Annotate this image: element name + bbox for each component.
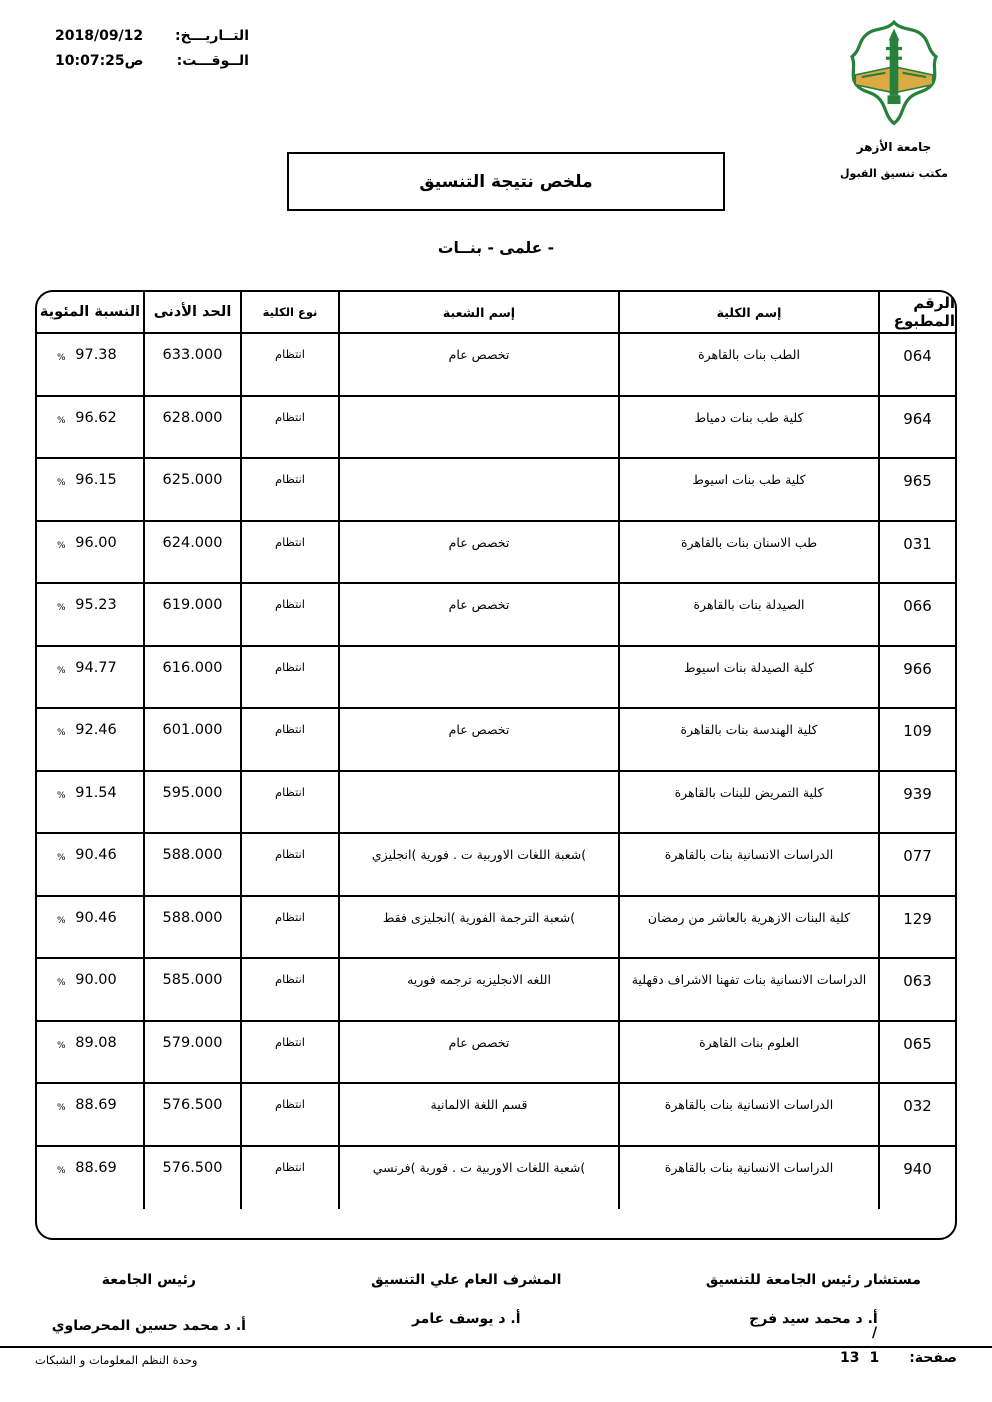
date-value: 2018/09/12 <box>55 28 143 44</box>
percent-sign: % <box>57 416 66 426</box>
cell-branch-name: تخصص عام <box>338 334 618 395</box>
college-type: انتظام <box>275 597 305 611</box>
percent-sign: % <box>57 728 66 738</box>
al-azhar-emblem-icon <box>838 20 950 132</box>
branch-name: قسم اللغة الالمانية <box>431 1097 528 1112</box>
printed-number: 031 <box>903 535 932 553</box>
cell-printed-number: 940 <box>878 1147 955 1210</box>
printed-number: 965 <box>903 472 932 490</box>
signature-supervisor-title: المشرف العام علي التنسيق <box>298 1272 635 1288</box>
cell-percentage: % 90.46 <box>37 897 143 958</box>
printed-number: 063 <box>903 972 932 990</box>
minimum-score: 576.500 <box>163 1097 223 1113</box>
cell-minimum-score: 624.000 <box>143 522 240 583</box>
printed-number: 966 <box>903 660 932 678</box>
cell-branch-name <box>338 459 618 520</box>
header-minimum: الحد الأدنى <box>143 292 240 332</box>
branch-name: )شعبة اللغات الاوربية ت . فورية )انجليزي <box>372 847 586 862</box>
cell-college-name: الدراسات الانسانية بنات بالقاهرة <box>618 1147 878 1210</box>
cell-printed-number: 032 <box>878 1084 955 1145</box>
table-row: 109 كلية الهندسة بنات بالقاهرة تخصص عام … <box>37 709 955 772</box>
cell-college-type: انتظام <box>240 459 338 520</box>
percent-sign: % <box>57 603 66 613</box>
table-row: 965 كلية طب بنات اسيوط انتظام 625.000 % … <box>37 459 955 522</box>
branch-name: تخصص عام <box>449 597 510 612</box>
branch-name: تخصص عام <box>449 1035 510 1050</box>
college-name: كلية طب بنات دمياط <box>695 410 804 425</box>
cell-printed-number: 964 <box>878 397 955 458</box>
college-name: كلية البنات الازهرية بالعاشر من رمضان <box>648 910 850 925</box>
printed-number: 964 <box>903 410 932 428</box>
cell-percentage: % 90.46 <box>37 834 143 895</box>
college-type: انتظام <box>275 910 305 924</box>
percent-sign: % <box>57 791 66 801</box>
college-name: الدراسات الانسانية بنات بالقاهرة <box>665 847 833 862</box>
cell-printed-number: 031 <box>878 522 955 583</box>
cell-printed-number: 064 <box>878 334 955 395</box>
minimum-score: 585.000 <box>163 972 223 988</box>
cell-percentage: % 90.00 <box>37 959 143 1020</box>
signatures-row: مستشار رئيس الجامعة للتنسيق أ. د محمد سي… <box>0 1272 992 1334</box>
page-label: صفحة: <box>909 1350 957 1366</box>
college-name: الدراسات الانسانية بنات بالقاهرة <box>665 1160 833 1175</box>
cell-minimum-score: 576.500 <box>143 1084 240 1145</box>
cell-college-type: انتظام <box>240 522 338 583</box>
results-table: الرقم المطبوع إسم الكلية إسم الشعبة نوع … <box>35 290 957 1240</box>
cell-branch-name: تخصص عام <box>338 584 618 645</box>
cell-branch-name <box>338 397 618 458</box>
college-name: العلوم بنات القاهرة <box>699 1035 799 1050</box>
percentage-value: 96.62 <box>75 410 117 426</box>
cell-college-name: الدراسات الانسانية بنات تفهنا الاشراف دق… <box>618 959 878 1020</box>
cell-percentage: % 92.46 <box>37 709 143 770</box>
signature-president: رئيس الجامعة أ. د محمد حسين المحرصاوي <box>0 1272 298 1334</box>
college-name: الدراسات الانسانية بنات تفهنا الاشراف دق… <box>632 972 867 987</box>
time-value: ص10:07:25 <box>55 53 144 69</box>
percent-sign: % <box>57 1103 66 1113</box>
branch-name: تخصص عام <box>449 347 510 362</box>
cell-branch-name: قسم اللغة الالمانية <box>338 1084 618 1145</box>
printed-number: 065 <box>903 1035 932 1053</box>
cell-percentage: % 94.77 <box>37 647 143 708</box>
page-current: 1 <box>869 1350 879 1366</box>
signature-consultant-name: أ. د محمد سيد فرج <box>635 1311 992 1327</box>
cell-college-name: الطب بنات بالقاهرة <box>618 334 878 395</box>
cell-college-name: كلية طب بنات دمياط <box>618 397 878 458</box>
college-name: الدراسات الانسانية بنات بالقاهرة <box>665 1097 833 1112</box>
printed-number: 940 <box>903 1160 932 1178</box>
percent-sign: % <box>57 916 66 926</box>
cell-minimum-score: 588.000 <box>143 834 240 895</box>
percentage-value: 90.46 <box>75 910 117 926</box>
cell-minimum-score: 628.000 <box>143 397 240 458</box>
minimum-score: 628.000 <box>163 410 223 426</box>
table-row: 063 الدراسات الانسانية بنات تفهنا الاشرا… <box>37 959 955 1022</box>
cell-branch-name: )شعبة اللغات الاوربية ت . فورية )فرنسي <box>338 1147 618 1210</box>
percentage-value: 90.00 <box>75 972 117 988</box>
cell-branch-name <box>338 647 618 708</box>
printed-number: 077 <box>903 847 932 865</box>
time-row: الــوقـــت: ص10:07:25 <box>55 53 249 69</box>
header-branch-name: إسم الشعبة <box>338 292 618 332</box>
university-name: جامعة الأزهر <box>824 140 964 154</box>
cell-branch-name: تخصص عام <box>338 1022 618 1083</box>
percent-sign: % <box>57 1041 66 1051</box>
college-name: كلية الهندسة بنات بالقاهرة <box>680 722 817 737</box>
header-college-name: إسم الكلية <box>618 292 878 332</box>
percentage-value: 89.08 <box>75 1035 117 1051</box>
slash-mark: / <box>872 1325 877 1341</box>
percentage-value: 96.15 <box>75 472 117 488</box>
signature-supervisor-name: أ. د يوسف عامر <box>298 1311 635 1327</box>
college-type: انتظام <box>275 410 305 424</box>
college-name: كلية الصيدلة بنات اسيوط <box>684 660 814 675</box>
cell-minimum-score: 633.000 <box>143 334 240 395</box>
cell-percentage: % 91.54 <box>37 772 143 833</box>
percent-sign: % <box>57 978 66 988</box>
table-row: 032 الدراسات الانسانية بنات بالقاهرة قسم… <box>37 1084 955 1147</box>
signature-supervisor: المشرف العام علي التنسيق أ. د يوسف عامر <box>298 1272 635 1334</box>
college-type: انتظام <box>275 472 305 486</box>
printed-number: 064 <box>903 347 932 365</box>
minimum-score: 616.000 <box>163 660 223 676</box>
college-type: انتظام <box>275 722 305 736</box>
percent-sign: % <box>57 353 66 363</box>
minimum-score: 624.000 <box>163 535 223 551</box>
page-number-line: صفحة: 1 13 <box>840 1350 957 1366</box>
table-row: 064 الطب بنات بالقاهرة تخصص عام انتظام 6… <box>37 334 955 397</box>
cell-percentage: % 96.15 <box>37 459 143 520</box>
college-type: انتظام <box>275 785 305 799</box>
printed-number: 939 <box>903 785 932 803</box>
cell-college-name: كلية التمريض للبنات بالقاهرة <box>618 772 878 833</box>
minimum-score: 588.000 <box>163 847 223 863</box>
cell-college-name: الصيدلة بنات بالقاهرة <box>618 584 878 645</box>
cell-college-type: انتظام <box>240 397 338 458</box>
cell-printed-number: 066 <box>878 584 955 645</box>
cell-college-name: طب الاسنان بنات بالقاهرة <box>618 522 878 583</box>
cell-percentage: % 97.38 <box>37 334 143 395</box>
cell-printed-number: 077 <box>878 834 955 895</box>
logo-block: جامعة الأزهر مكتب تنسيق القبول <box>824 20 964 180</box>
office-name: مكتب تنسيق القبول <box>824 167 964 180</box>
percentage-value: 94.77 <box>75 660 117 676</box>
printed-number: 032 <box>903 1097 932 1115</box>
college-type: انتظام <box>275 972 305 986</box>
page-total: 13 <box>840 1350 859 1366</box>
percent-sign: % <box>57 1166 66 1176</box>
cell-minimum-score: 601.000 <box>143 709 240 770</box>
header-percentage: النسبة المئوية <box>37 292 143 332</box>
cell-college-name: كلية الصيدلة بنات اسيوط <box>618 647 878 708</box>
minimum-score: 579.000 <box>163 1035 223 1051</box>
percentage-value: 91.54 <box>75 785 117 801</box>
minimum-score: 588.000 <box>163 910 223 926</box>
footer-divider <box>0 1346 992 1348</box>
unit-name: وحدة النظم المعلومات و الشبكات <box>35 1353 197 1367</box>
cell-college-type: انتظام <box>240 647 338 708</box>
percent-sign: % <box>57 853 66 863</box>
branch-name: تخصص عام <box>449 535 510 550</box>
cell-printed-number: 965 <box>878 459 955 520</box>
college-name: طب الاسنان بنات بالقاهرة <box>681 535 817 550</box>
printed-number: 109 <box>903 722 932 740</box>
page: { "meta": { "date_label": "التــاريـــخ:… <box>0 0 992 1402</box>
percent-sign: % <box>57 666 66 676</box>
cell-college-name: العلوم بنات القاهرة <box>618 1022 878 1083</box>
cell-branch-name: اللغه الانجليزيه ترجمه فوريه <box>338 959 618 1020</box>
cell-minimum-score: 576.500 <box>143 1147 240 1210</box>
report-title: ملخص نتيجة التنسيق <box>419 172 592 192</box>
cell-minimum-score: 616.000 <box>143 647 240 708</box>
branch-name: )شعبة الترجمة الفورية )انجليزى فقط <box>383 910 575 925</box>
table-row: 066 الصيدلة بنات بالقاهرة تخصص عام انتظا… <box>37 584 955 647</box>
cell-printed-number: 966 <box>878 647 955 708</box>
cell-college-type: انتظام <box>240 709 338 770</box>
table-row: 129 كلية البنات الازهرية بالعاشر من رمضا… <box>37 897 955 960</box>
cell-college-type: انتظام <box>240 897 338 958</box>
cell-college-type: انتظام <box>240 1022 338 1083</box>
table-row: 939 كلية التمريض للبنات بالقاهرة انتظام … <box>37 772 955 835</box>
percentage-value: 95.23 <box>75 597 117 613</box>
minimum-score: 619.000 <box>163 597 223 613</box>
minimum-score: 601.000 <box>163 722 223 738</box>
cell-percentage: % 89.08 <box>37 1022 143 1083</box>
signature-consultant-title: مستشار رئيس الجامعة للتنسيق <box>635 1272 992 1288</box>
cell-printed-number: 109 <box>878 709 955 770</box>
cell-percentage: % 88.69 <box>37 1084 143 1145</box>
cell-college-type: انتظام <box>240 584 338 645</box>
percent-sign: % <box>57 478 66 488</box>
date-label: التــاريـــخ: <box>175 28 249 44</box>
table-row: 964 كلية طب بنات دمياط انتظام 628.000 % … <box>37 397 955 460</box>
cell-college-type: انتظام <box>240 959 338 1020</box>
cell-branch-name: تخصص عام <box>338 709 618 770</box>
college-type: انتظام <box>275 847 305 861</box>
college-name: كلية التمريض للبنات بالقاهرة <box>675 785 824 800</box>
percentage-value: 88.69 <box>75 1160 117 1176</box>
cell-percentage: % 88.69 <box>37 1147 143 1210</box>
cell-branch-name: )شعبة الترجمة الفورية )انجليزى فقط <box>338 897 618 958</box>
cell-printed-number: 939 <box>878 772 955 833</box>
printed-number: 066 <box>903 597 932 615</box>
cell-printed-number: 129 <box>878 897 955 958</box>
cell-college-name: الدراسات الانسانية بنات بالقاهرة <box>618 834 878 895</box>
table-row: 065 العلوم بنات القاهرة تخصص عام انتظام … <box>37 1022 955 1085</box>
college-type: انتظام <box>275 535 305 549</box>
table-row: 966 كلية الصيدلة بنات اسيوط انتظام 616.0… <box>37 647 955 710</box>
printed-number: 129 <box>903 910 932 928</box>
college-type: انتظام <box>275 347 305 361</box>
minimum-score: 633.000 <box>163 347 223 363</box>
cell-minimum-score: 579.000 <box>143 1022 240 1083</box>
college-type: انتظام <box>275 660 305 674</box>
cell-college-type: انتظام <box>240 834 338 895</box>
table-row: 077 الدراسات الانسانية بنات بالقاهرة )شع… <box>37 834 955 897</box>
college-type: انتظام <box>275 1097 305 1111</box>
college-name: الطب بنات بالقاهرة <box>698 347 800 362</box>
college-name: كلية طب بنات اسيوط <box>692 472 805 487</box>
cell-college-type: انتظام <box>240 334 338 395</box>
cell-printed-number: 065 <box>878 1022 955 1083</box>
header-college-type: نوع الكلية <box>240 292 338 332</box>
cell-printed-number: 063 <box>878 959 955 1020</box>
cell-college-name: كلية الهندسة بنات بالقاهرة <box>618 709 878 770</box>
cell-minimum-score: 588.000 <box>143 897 240 958</box>
header-meta: التــاريـــخ: 2018/09/12 الــوقـــت: ص10… <box>55 28 249 78</box>
table-row: 940 الدراسات الانسانية بنات بالقاهرة )شع… <box>37 1147 955 1210</box>
cell-college-name: كلية البنات الازهرية بالعاشر من رمضان <box>618 897 878 958</box>
percentage-value: 92.46 <box>75 722 117 738</box>
table-body: 064 الطب بنات بالقاهرة تخصص عام انتظام 6… <box>37 334 955 1209</box>
cell-minimum-score: 625.000 <box>143 459 240 520</box>
signature-consultant: مستشار رئيس الجامعة للتنسيق أ. د محمد سي… <box>635 1272 992 1334</box>
signature-president-title: رئيس الجامعة <box>0 1272 298 1288</box>
cell-branch-name <box>338 772 618 833</box>
date-row: التــاريـــخ: 2018/09/12 <box>55 28 249 44</box>
report-subtitle: - علمى - بنــات <box>0 239 992 257</box>
branch-name: تخصص عام <box>449 722 510 737</box>
cell-college-name: الدراسات الانسانية بنات بالقاهرة <box>618 1084 878 1145</box>
branch-name: )شعبة اللغات الاوربية ت . فورية )فرنسي <box>373 1160 586 1175</box>
college-type: انتظام <box>275 1035 305 1049</box>
signature-president-name: أ. د محمد حسين المحرصاوي <box>0 1318 298 1334</box>
minimum-score: 576.500 <box>163 1160 223 1176</box>
percentage-value: 88.69 <box>75 1097 117 1113</box>
minimum-score: 595.000 <box>163 785 223 801</box>
cell-college-type: انتظام <box>240 1147 338 1210</box>
time-label: الــوقـــت: <box>177 53 249 69</box>
cell-college-type: انتظام <box>240 1084 338 1145</box>
table-empty-space <box>37 1209 955 1238</box>
cell-percentage: % 96.00 <box>37 522 143 583</box>
percentage-value: 90.46 <box>75 847 117 863</box>
header-printed-number: الرقم المطبوع <box>878 292 955 332</box>
cell-minimum-score: 595.000 <box>143 772 240 833</box>
cell-branch-name: تخصص عام <box>338 522 618 583</box>
cell-minimum-score: 619.000 <box>143 584 240 645</box>
percentage-value: 96.00 <box>75 535 117 551</box>
cell-college-name: كلية طب بنات اسيوط <box>618 459 878 520</box>
table-row: 031 طب الاسنان بنات بالقاهرة تخصص عام ان… <box>37 522 955 585</box>
percent-sign: % <box>57 541 66 551</box>
percentage-value: 97.38 <box>75 347 117 363</box>
college-name: الصيدلة بنات بالقاهرة <box>694 597 805 612</box>
table-header-row: الرقم المطبوع إسم الكلية إسم الشعبة نوع … <box>37 292 955 334</box>
branch-name: اللغه الانجليزيه ترجمه فوريه <box>407 972 551 987</box>
report-title-box: ملخص نتيجة التنسيق <box>287 152 725 211</box>
cell-minimum-score: 585.000 <box>143 959 240 1020</box>
cell-percentage: % 95.23 <box>37 584 143 645</box>
cell-branch-name: )شعبة اللغات الاوربية ت . فورية )انجليزي <box>338 834 618 895</box>
minimum-score: 625.000 <box>163 472 223 488</box>
cell-percentage: % 96.62 <box>37 397 143 458</box>
cell-college-type: انتظام <box>240 772 338 833</box>
college-type: انتظام <box>275 1160 305 1174</box>
